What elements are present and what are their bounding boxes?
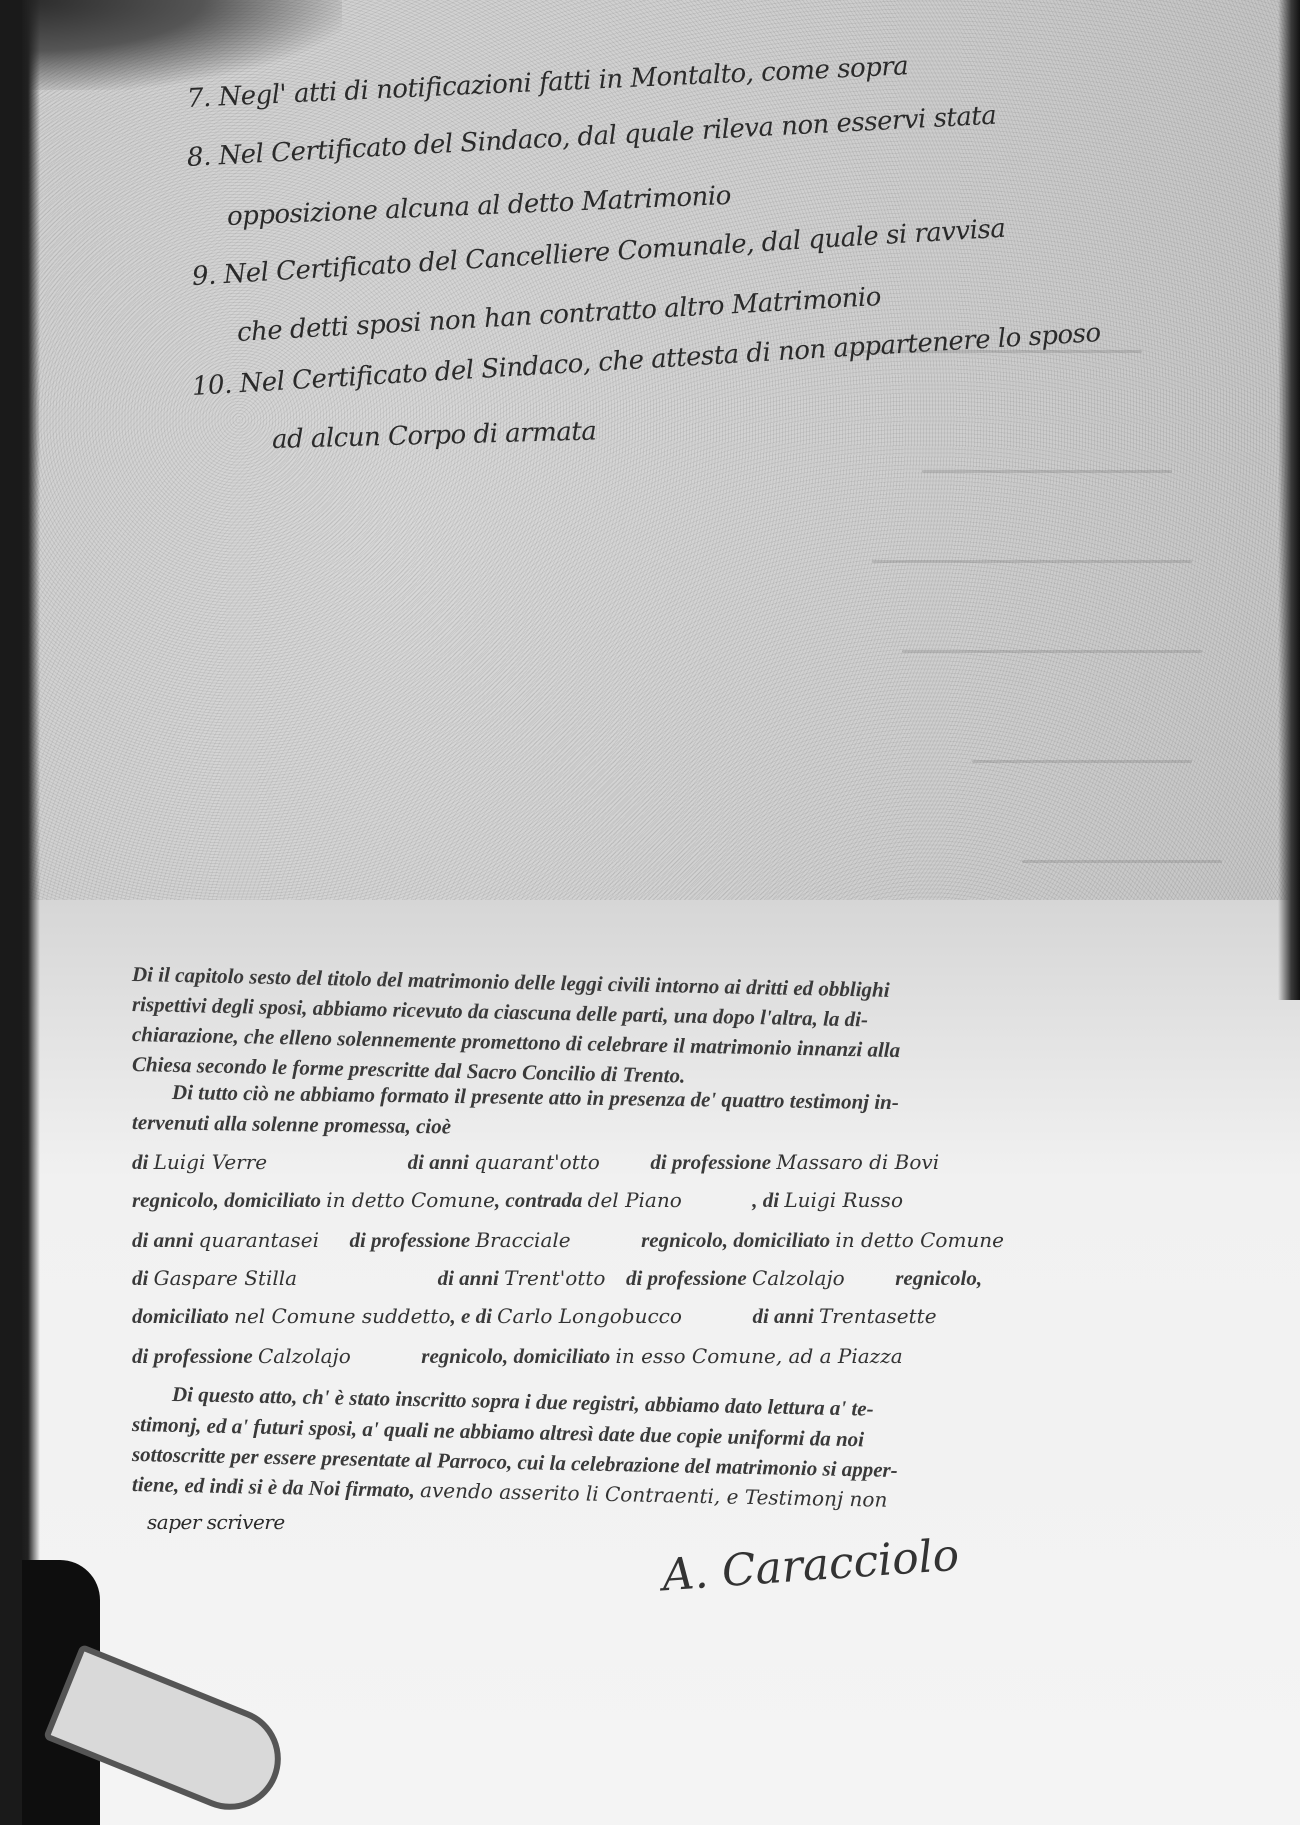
binding-shadow-left	[22, 0, 40, 1825]
label: di professione	[132, 1344, 253, 1368]
label: di anni	[438, 1266, 499, 1290]
label: domiciliato	[224, 1188, 321, 1212]
label: di anni	[408, 1150, 469, 1174]
witness-age: quarant'otto	[474, 1150, 600, 1174]
bleed-through-line	[1022, 860, 1222, 863]
bleed-through-line	[872, 560, 1192, 563]
witness-name: Gaspare Stilla	[154, 1266, 298, 1290]
label: regnicolo,	[132, 1188, 219, 1212]
witness-name: Carlo Longobucco	[497, 1304, 682, 1328]
witness-age: quarantasei	[199, 1228, 319, 1252]
witness-profession: Calzolajo	[752, 1266, 845, 1290]
page-edge-right	[1278, 0, 1300, 1000]
label: di professione	[626, 1266, 747, 1290]
item-number: 10.	[191, 370, 233, 402]
witness-line-1: di Luigi Verre di anni quarant'otto di p…	[132, 1150, 1242, 1175]
item-number: 7.	[186, 83, 211, 114]
witness-profession: Bracciale	[475, 1228, 570, 1252]
label: di professione	[349, 1228, 470, 1252]
witness-line-3: di anni quarantasei di professione Bracc…	[132, 1228, 1004, 1253]
bleed-through-line	[922, 470, 1172, 473]
item-text: Nel Certificato del Sindaco, dal quale r…	[218, 101, 997, 172]
bleed-through-line	[902, 650, 1202, 653]
label: di anni	[752, 1304, 813, 1328]
label: regnicolo,	[895, 1266, 982, 1290]
witness-domicile: nel Comune suddetto	[234, 1304, 450, 1328]
bleed-through-line	[972, 760, 1192, 763]
witness-age: Trentasette	[819, 1304, 937, 1328]
item-number: 8.	[186, 142, 211, 173]
label: di professione	[650, 1150, 771, 1174]
witness-profession: Massaro di Bovi	[776, 1150, 939, 1174]
witness-profession: Calzolajo	[258, 1344, 351, 1368]
label: domiciliato	[513, 1344, 610, 1368]
handwritten-item-10-continuation: ad alcun Corpo di armata	[272, 417, 597, 455]
label: , contrada	[495, 1188, 583, 1212]
handwritten-item-8-continuation: opposizione alcuna al detto Matrimonio	[226, 181, 731, 232]
label: regnicolo,	[641, 1228, 728, 1252]
prefix: di	[132, 1266, 148, 1290]
witness-line-2: regnicolo, domiciliato in detto Comune, …	[132, 1188, 903, 1213]
witness-domicile: in detto Comune	[326, 1188, 495, 1212]
prefix: , e di	[451, 1304, 492, 1328]
document-page: 7. Negl' atti di notificazioni fatti in …	[22, 0, 1300, 1825]
witness-line-4: di Gaspare Stilla di anni Trent'otto di …	[132, 1266, 982, 1291]
printed-line: tervenuti alla solenne promessa, cioè	[132, 1110, 451, 1139]
witness-name: Luigi Russo	[784, 1188, 903, 1212]
witness-extra: , ad a Piazza	[776, 1344, 903, 1368]
witness-street: del Piano	[588, 1188, 682, 1212]
witness-age: Trent'otto	[504, 1266, 605, 1290]
label: regnicolo,	[421, 1344, 508, 1368]
handwritten-item-8: 8. Nel Certificato del Sindaco, dal qual…	[186, 101, 997, 173]
witness-line-5: domiciliato nel Comune suddetto, e di Ca…	[132, 1304, 937, 1329]
label: domiciliato	[132, 1304, 229, 1328]
witness-domicile: in esso Comune	[616, 1344, 776, 1368]
prefix: di	[132, 1150, 148, 1174]
label: di anni	[132, 1228, 193, 1252]
witness-domicile: in detto Comune	[835, 1228, 1004, 1252]
printed-text: tiene, ed indi si è da Noi firmato,	[132, 1472, 415, 1502]
witness-line-6: di professione Calzolajo regnicolo, domi…	[132, 1344, 903, 1369]
witness-name: Luigi Verre	[154, 1150, 268, 1174]
folded-corner	[22, 1560, 272, 1825]
handwritten-closing-2: saper scrivere	[147, 1510, 285, 1534]
item-number: 9.	[191, 261, 217, 292]
label: domiciliato	[733, 1228, 830, 1252]
scan-shadow-top-left	[22, 0, 342, 90]
prefix: , di	[752, 1188, 779, 1212]
